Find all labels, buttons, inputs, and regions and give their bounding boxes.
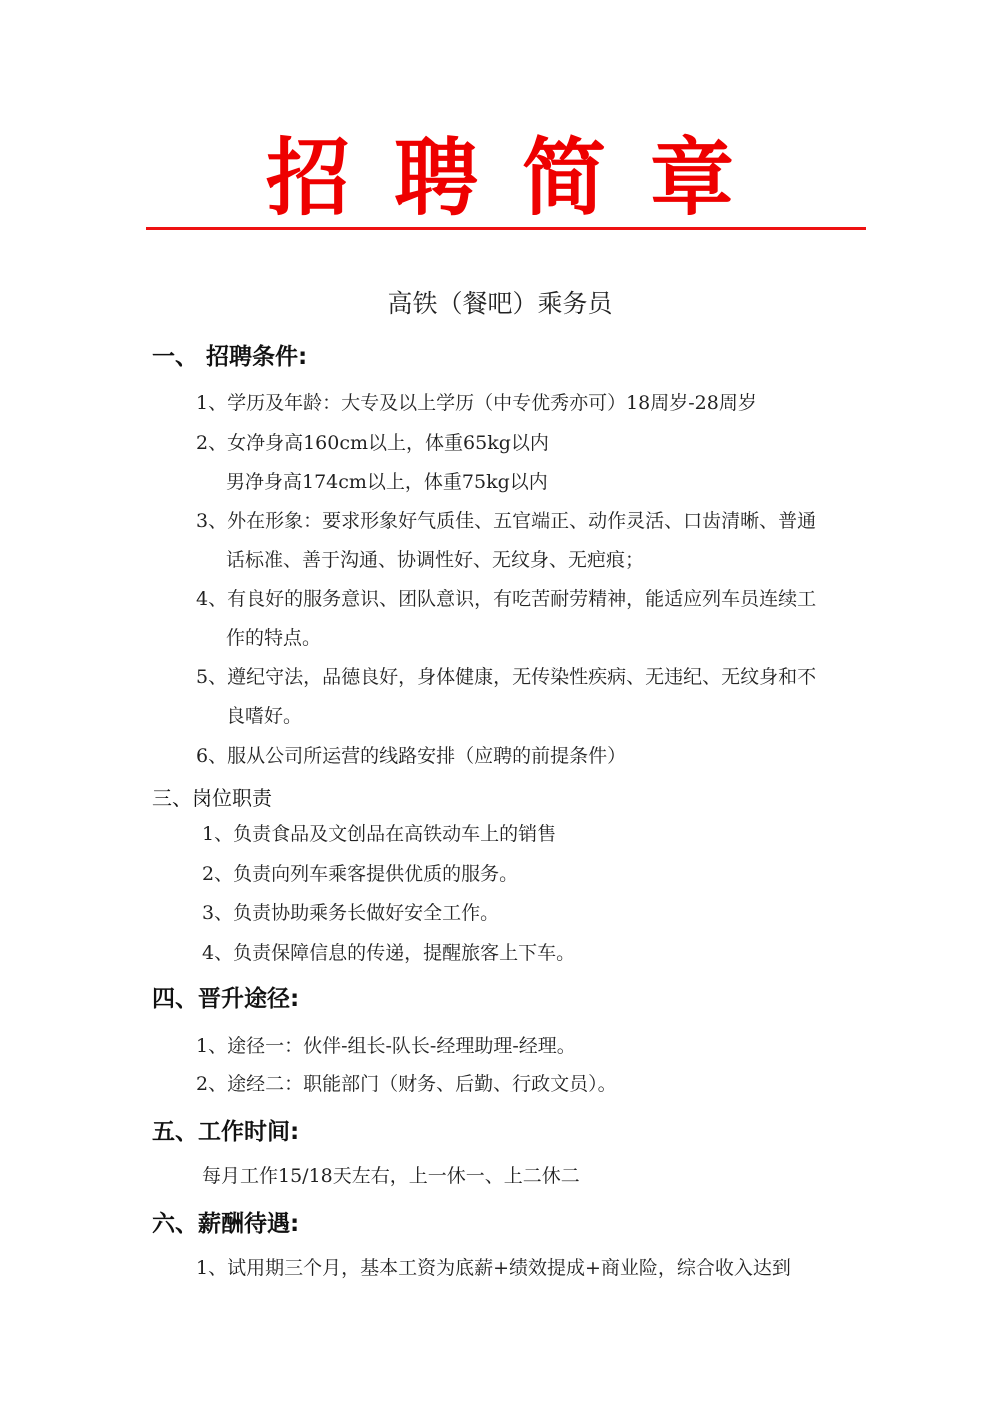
- requirement-item: 4、有良好的服务意识、团队意识，有吃苦耐劳精神，能适应列车员连续工: [196, 584, 816, 614]
- section-heading-salary: 六、薪酬待遇:: [152, 1207, 299, 1241]
- duty-item: 3、负责协助乘务长做好安全工作。: [202, 898, 499, 928]
- salary-item: 1、试用期三个月，基本工资为底薪+绩效提成+商业险，综合收入达到: [196, 1253, 791, 1283]
- duty-item: 2、负责向列车乘客提供优质的服务。: [202, 859, 518, 889]
- section-heading-duties: 三、岗位职责: [152, 781, 272, 815]
- requirement-item: 1、学历及年龄：大专及以上学历（中专优秀亦可）18周岁-28周岁: [196, 388, 757, 418]
- requirement-item: 6、服从公司所运营的线路安排（应聘的前提条件）: [196, 741, 626, 771]
- requirement-item: 2、女净身高160cm以上，体重65kg以内: [196, 428, 549, 458]
- requirement-item-continued: 良嗜好。: [226, 701, 302, 731]
- duty-item: 4、负责保障信息的传递，提醒旅客上下车。: [202, 938, 575, 968]
- title-divider: [146, 227, 866, 230]
- section-heading-work-time: 五、工作时间:: [152, 1115, 299, 1149]
- job-title: 高铁（餐吧）乘务员: [0, 284, 1000, 324]
- section-heading-requirements: 一、 招聘条件:: [152, 340, 307, 374]
- requirement-item: 5、遵纪守法，品德良好，身体健康，无传染性疾病、无违纪、无纹身和不: [196, 662, 816, 692]
- work-time-text: 每月工作15/18天左右，上一休一、上二休二: [202, 1161, 580, 1191]
- page-title: 招聘简章: [0, 128, 1000, 228]
- requirement-item-continued: 作的特点。: [226, 623, 321, 653]
- requirement-item-continued: 男净身高174cm以上，体重75kg以内: [226, 467, 548, 497]
- duty-item: 1、负责食品及文创品在高铁动车上的销售: [202, 819, 556, 849]
- promotion-item: 2、途经二：职能部门（财务、后勤、行政文员）。: [196, 1069, 617, 1099]
- requirement-item: 3、外在形象：要求形象好气质佳、五官端正、动作灵活、口齿清晰、普通: [196, 506, 816, 536]
- promotion-item: 1、途径一：伙伴-组长-队长-经理助理-经理。: [196, 1031, 576, 1061]
- section-heading-promotion: 四、晋升途径:: [152, 982, 299, 1016]
- requirement-item-continued: 话标准、善于沟通、协调性好、无纹身、无疤痕；: [226, 545, 644, 575]
